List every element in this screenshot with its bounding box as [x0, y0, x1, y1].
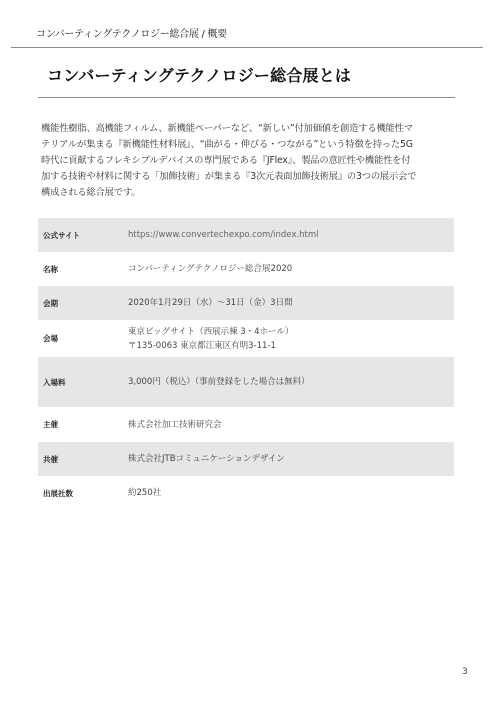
row-co-organizer: 共催 株式会社JTBコミュニケーションデザイン — [38, 442, 454, 476]
row-exhibitors: 出展社数 約250社 — [38, 476, 454, 510]
row-value: 3,000円（税込）（事前登録をした場合は無料） — [128, 357, 454, 407]
intro-line: 加する技術や材料に関する「加飾技術」が集まる『3次元表面加飾技術展』の3つの展示… — [41, 169, 461, 185]
row-label: 名称 — [38, 252, 128, 286]
intro-line: 機能性樹脂、高機能フィルム、新機能ペーパーなど、“新しい”付加価値を創造する機能… — [41, 121, 461, 137]
venue-name: 東京ビッグサイト（西展示棟 3・4ホール） — [128, 325, 454, 339]
row-value: 株式会社加工技術研究会 — [128, 407, 454, 442]
intro-paragraph: 機能性樹脂、高機能フィルム、新機能ペーパーなど、“新しい”付加価値を創造する機能… — [41, 121, 461, 201]
page-number: 3 — [462, 667, 468, 677]
row-venue: 会場 東京ビッグサイト（西展示棟 3・4ホール） 〒135-0063 東京都江東… — [38, 320, 454, 357]
row-label: 共催 — [38, 442, 128, 476]
row-value: 約250社 — [128, 476, 454, 510]
event-info-table: 公式サイト https://www.convertechexpo.com/ind… — [38, 218, 454, 510]
official-site-link[interactable]: https://www.convertechexpo.com/index.htm… — [128, 218, 454, 252]
intro-line: 時代に貢献するフレキシブルデバイスの専門展である『JFlex』、製品の意匠性や機… — [41, 153, 461, 169]
running-header: コンバーティングテクノロジー総合展 / 概要 — [36, 25, 227, 40]
row-dates: 会期 2020年1月29日（水）〜31日（金）3日間 — [38, 286, 454, 320]
row-label: 入場料 — [38, 357, 128, 407]
row-official-site: 公式サイト https://www.convertechexpo.com/ind… — [38, 218, 454, 252]
row-label: 公式サイト — [38, 218, 128, 252]
row-value: コンバーティングテクノロジー総合展2020 — [128, 252, 454, 286]
row-label: 主催 — [38, 407, 128, 442]
page-title: コンバーティングテクノロジー総合展とは — [47, 63, 351, 86]
header-divider — [11, 47, 483, 48]
row-value: 株式会社JTBコミュニケーションデザイン — [128, 442, 454, 476]
title-divider — [38, 97, 455, 98]
intro-line: テリアルが集まる『新機能性材料展』、“曲がる・伸びる・つながる”という特徴を持っ… — [41, 137, 461, 153]
row-value: 東京ビッグサイト（西展示棟 3・4ホール） 〒135-0063 東京都江東区有明… — [128, 320, 454, 357]
row-label: 会場 — [38, 320, 128, 357]
row-value: 2020年1月29日（水）〜31日（金）3日間 — [128, 286, 454, 320]
row-organizer: 主催 株式会社加工技術研究会 — [38, 407, 454, 442]
row-name: 名称 コンバーティングテクノロジー総合展2020 — [38, 252, 454, 286]
intro-line: 構成される総合展です。 — [41, 185, 461, 201]
row-admission: 入場料 3,000円（税込）（事前登録をした場合は無料） — [38, 357, 454, 407]
row-label: 出展社数 — [38, 476, 128, 510]
venue-address: 〒135-0063 東京都江東区有明3-11-1 — [128, 339, 454, 353]
row-label: 会期 — [38, 286, 128, 320]
